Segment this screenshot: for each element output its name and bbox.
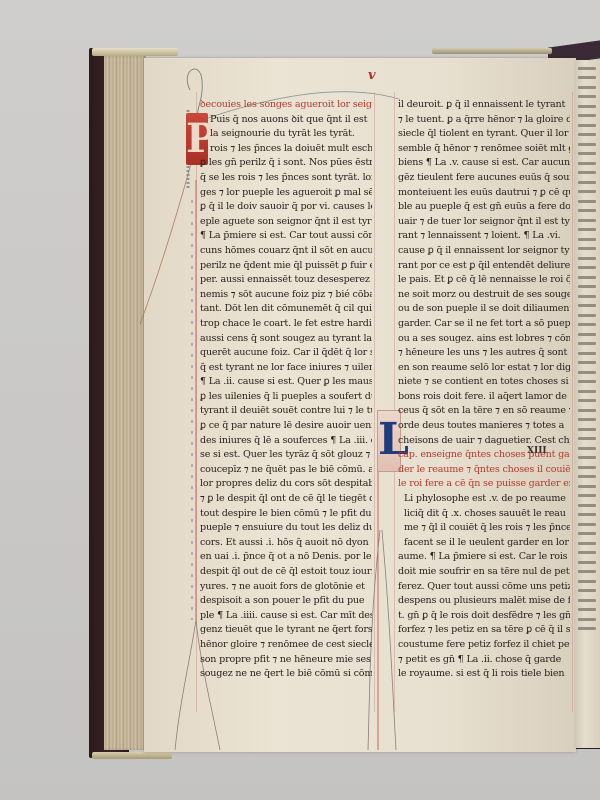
text-line: ne soit morz ou destruit de ses sougez. — [398, 288, 570, 303]
folio-number: v — [368, 68, 376, 83]
text-line: q̄ se les rois ⁊ les p̄nces sont tyrāt. … — [200, 171, 372, 186]
facing-page-text-line — [578, 618, 596, 621]
facing-page-edge — [574, 60, 600, 748]
text-line: monteiuent les euūs dautrui ⁊ ꝑ cē quāte — [398, 186, 570, 201]
text-line: rois ⁊ les p̄nces la doiuēt mult eschiue… — [200, 142, 372, 157]
facing-page-text-line — [578, 219, 596, 222]
facing-page-text-line — [578, 285, 596, 288]
facing-page-text-line — [578, 380, 596, 383]
text-line: lor propres deliz du cors sōt despitable — [200, 477, 372, 492]
facing-page-text-line — [578, 570, 596, 573]
facing-page-text-line — [578, 418, 596, 421]
text-line: niete ⁊ se contient en totes choses si c… — [398, 375, 570, 390]
text-column-left: ꝺecouies les songes agueroit lor seignPu… — [200, 98, 372, 682]
text-line: pueple ⁊ ensuiure du tout les deliz du — [200, 521, 372, 536]
facing-page-text-line — [578, 257, 596, 260]
facing-page-text-line — [578, 143, 596, 146]
text-line: coustume fere petiz forfez il chiet peti… — [398, 638, 570, 653]
facing-page-text-line — [578, 466, 596, 469]
facing-page-text-line — [578, 314, 596, 317]
facing-page-text-line — [578, 437, 596, 440]
text-line: ⁊ ꝑ le despit q̄l ont de cē q̄l le tiegē… — [200, 492, 372, 507]
text-line: ¶ La p̄miere si est. Car tout aussi cōme… — [200, 229, 372, 244]
text-line: despit q̄l out de cē q̄l estoit touz iou… — [200, 565, 372, 580]
metal-clasp-top — [92, 48, 178, 56]
facing-page-text-line — [578, 361, 596, 364]
text-line: ou de son pueple il se doit diliaument — [398, 302, 570, 317]
facing-page-text-line — [578, 323, 596, 326]
text-line: siecle q̄l tiolent en tyrant. Quer il lo… — [398, 127, 570, 142]
margin-chapter-number: XIII — [527, 446, 547, 456]
text-line: ꝺecouies les songes agueroit lor seign — [200, 98, 372, 113]
text-line: des iniures q̄ lē a souferces ¶ La .iii.… — [200, 434, 372, 449]
facing-page-text-line — [578, 627, 596, 630]
facing-page-text-line — [578, 124, 596, 127]
facing-page-text-line — [578, 456, 596, 459]
text-line: genz tieuēt que le tyrant ne q̄ert fors — [200, 623, 372, 638]
text-line: bons rois doit fere. il aq̄ert lamor de — [398, 390, 570, 405]
facing-page-text-line — [578, 266, 596, 269]
text-line: aume. ¶ La p̄miere si est. Car le rois s… — [398, 550, 570, 565]
facing-page-text-line — [578, 304, 596, 307]
text-line: coucepīz ⁊ ne q̄uēt pas le biē cōmū. ain… — [200, 463, 372, 478]
text-line: rant ⁊ lennaissent ⁊ loient. ¶ La .vi. — [398, 229, 570, 244]
facing-page-text-line — [578, 428, 596, 431]
text-line: son propre pfit ⁊ ne hēneure mie ses — [200, 653, 372, 668]
text-line: ꝑ les uilenies q̄ li pueples a soufert d… — [200, 390, 372, 405]
facing-page-text-line — [578, 589, 596, 592]
facing-page-text-line — [578, 86, 596, 89]
text-line: le royaume. si est q̄ li rois tiele bien — [398, 667, 570, 682]
facing-page-text-line — [578, 608, 596, 611]
text-line: doit mie soufrir en sa tēre nul de petiz — [398, 565, 570, 580]
facing-page-text-line — [578, 342, 596, 345]
text-line: garder. Car se il ne fet tort a sō puepl… — [398, 317, 570, 332]
text-line: Puis q̄ nos auons ꝺit que q̄nt il est — [200, 113, 372, 128]
text-line: ou a ses sougez. ains est lobres ⁊ cōmun… — [398, 332, 570, 347]
text-line: eple aguete son seignor q̄nt il est tyrā… — [200, 215, 372, 230]
facing-page-text-line — [578, 475, 596, 478]
text-line: ceus q̄ sōt en la tēre ⁊ en sō reaume ⁊ — [398, 404, 570, 419]
text-line: der le reaume ⁊ q̄ntes choses il couiē — [398, 463, 570, 478]
text-line: hēnor gloire ⁊ renōmee de cest siecle ⁊ — [200, 638, 372, 653]
facing-page-text-line — [578, 95, 596, 98]
text-line: t. gn̄ ꝑ q̄ le rois doit desfēdre ⁊ les … — [398, 609, 570, 624]
facing-page-text-line — [578, 447, 596, 450]
facing-page-text-line — [578, 105, 596, 108]
text-line: per. aussi ennaissēt touz desesperez lor… — [200, 273, 372, 288]
facing-page-text-line — [578, 523, 596, 526]
text-line: le pais. Et ꝑ cē q̄ lē nennaisse le roi … — [398, 273, 570, 288]
text-line: biens ¶ La .v. cause si est. Car aucunes — [398, 156, 570, 171]
facing-page-text-line — [578, 599, 596, 602]
text-line: la seignourie du tyrāt les tyrāt. — [200, 127, 372, 142]
text-line: facent se il le ueulent garder en lor re — [398, 536, 570, 551]
facing-page-text-line — [578, 409, 596, 412]
text-line: ferez. Quer tout aussi cōme uns petiz — [398, 580, 570, 595]
facing-page-text-line — [578, 228, 596, 231]
text-line: semble q̄ hēnor ⁊ renōmee soiēt mlt gn̄ — [398, 142, 570, 157]
text-line: q̄ est tyrant ne lor face iniures ⁊ uile… — [200, 361, 372, 376]
text-line: ꝑ ce q̄ par nature lē desire auoir ueniā… — [200, 419, 372, 434]
text-line: gēz tieulent fere aucunes euūs q̄ sour — [398, 171, 570, 186]
text-line: perilz ne q̄dent mie q̄l puissēt ꝑ fuir … — [200, 259, 372, 274]
ruling-line — [572, 92, 573, 712]
text-line: Li phylosophe est .v. de po reaume — [398, 492, 570, 507]
facing-page-text-line — [578, 371, 596, 374]
text-line: nemis ⁊ sōt aucune foiz piz ⁊ bié cōba — [200, 288, 372, 303]
text-line: se si est. Quer les tyrāz q̄ sōt glouz ⁊… — [200, 448, 372, 463]
facing-page-text-line — [578, 561, 596, 564]
text-line: sougez ne ne q̄ert le biē cōmū si cōme — [200, 667, 372, 682]
text-line: ⁊ petit es gn̄ ¶ La .ii. chose q̄ garde — [398, 653, 570, 668]
facing-page-text-line — [578, 580, 596, 583]
facing-page-text-line — [578, 333, 596, 336]
facing-page-text-line — [578, 76, 596, 79]
facing-page-text-line — [578, 247, 596, 250]
text-line: ble au pueple q̄ est gn̄ euūs a fere dou — [398, 200, 570, 215]
text-line: rant por ce est ꝑ q̄il entendēt deliurer — [398, 259, 570, 274]
metal-clasp-bottom — [92, 752, 172, 759]
text-line: forfez ⁊ les petiz en sa tēre ꝑ cē q̄ il… — [398, 623, 570, 638]
facing-page-text-line — [578, 171, 596, 174]
text-line: tout despire le bien cōmū ⁊ le pfit du — [200, 507, 372, 522]
facing-page-text-line — [578, 390, 596, 393]
facing-page-text-line — [578, 190, 596, 193]
facing-page-text-line — [578, 542, 596, 545]
text-line: ⁊ le tuent. ꝑ a q̄rre hēnor ⁊ la gloire … — [398, 113, 570, 128]
facing-page-text-line — [578, 67, 596, 70]
facing-page-text-line — [578, 162, 596, 165]
text-line: tant. Dōt len dit cōmunemēt q̄ cil qui — [200, 302, 372, 317]
facing-page-text-line — [578, 238, 596, 241]
facing-page-text-line — [578, 276, 596, 279]
text-line: le roi fere a cē q̄n se puisse garder en… — [398, 477, 570, 492]
facing-page-text-line — [578, 152, 596, 155]
text-line: en son reaume selō lor estat ⁊ lor dig — [398, 361, 570, 376]
text-line: ꝑ q̄ il le doiv sauoir q̄ por vi. causes… — [200, 200, 372, 215]
facing-page-text-line — [578, 209, 596, 212]
text-line: tyrant il deuiēt souēt contre lui ⁊ le t… — [200, 404, 372, 419]
text-line: despisoit a son pouer le pfit du pue — [200, 594, 372, 609]
text-line: cuns hōmes couarz q̄nt il sōt en aucuns — [200, 244, 372, 259]
text-line: orde deus toutes manieres ⁊ totes a — [398, 419, 570, 434]
text-line: uair ⁊ de tuer lor seignor q̄nt il est t… — [398, 215, 570, 230]
text-line: despens ou plusieurs malēt mise de fors — [398, 594, 570, 609]
text-line: trop chace le coart. le fet estre hardi.… — [200, 317, 372, 332]
facing-page-text-line — [578, 352, 596, 355]
facing-page-text-line — [578, 114, 596, 117]
facing-page-text-line — [578, 485, 596, 488]
text-line: cors. Et aussi .i. hōs q̄ auoit nō dyon — [200, 536, 372, 551]
facing-page-text-line — [578, 181, 596, 184]
text-line: il deuroit. ꝑ q̄ il ennaissent le tyrant — [398, 98, 570, 113]
text-line: ges ⁊ lor pueple les agueroit ꝑ mal sē — [200, 186, 372, 201]
text-line: me ⁊ q̄l il couiēt q̄ les rois ⁊ les p̄n… — [398, 521, 570, 536]
facing-page-text-line — [578, 504, 596, 507]
text-line: ¶ La .ii. cause si est. Quer ꝑ les maus … — [200, 375, 372, 390]
text-line: ⁊ hēneure les uns ⁊ les autres q̄ sont — [398, 346, 570, 361]
metal-clasp-top-right — [432, 48, 552, 54]
text-line: cause ꝑ q̄ il ennaissent lor seignor ty — [398, 244, 570, 259]
text-line: querēt aucune foiz. Car il q̄dēt q̄ lor … — [200, 346, 372, 361]
facing-page-text-line — [578, 295, 596, 298]
facing-page-text-line — [578, 551, 596, 554]
facing-page-text-line — [578, 200, 596, 203]
facing-page-text-line — [578, 532, 596, 535]
text-line: aussi cens q̄ sont sougez au tyrant la — [200, 332, 372, 347]
text-line: ple ¶ La .iiii. cause si est. Car mīt de… — [200, 609, 372, 624]
text-column-right: il deuroit. ꝑ q̄ il ennaissent le tyrant… — [398, 98, 570, 682]
facing-page-text-line — [578, 494, 596, 497]
text-line: yures. ⁊ ne auoit fors de glotōnie et — [200, 580, 372, 595]
facing-page-text-line — [578, 513, 596, 516]
facing-page-text-line — [578, 133, 596, 136]
text-line: en uai .i. p̄nce q̄ ot a nō Denis. por l… — [200, 550, 372, 565]
facing-page-text-line — [578, 399, 596, 402]
text-line: ꝑ les gn̄ perilz q̄ i sont. Nos pūes ēst… — [200, 156, 372, 171]
text-line: liciq̄ dit q̄ .x. choses sauuēt le reau — [398, 507, 570, 522]
